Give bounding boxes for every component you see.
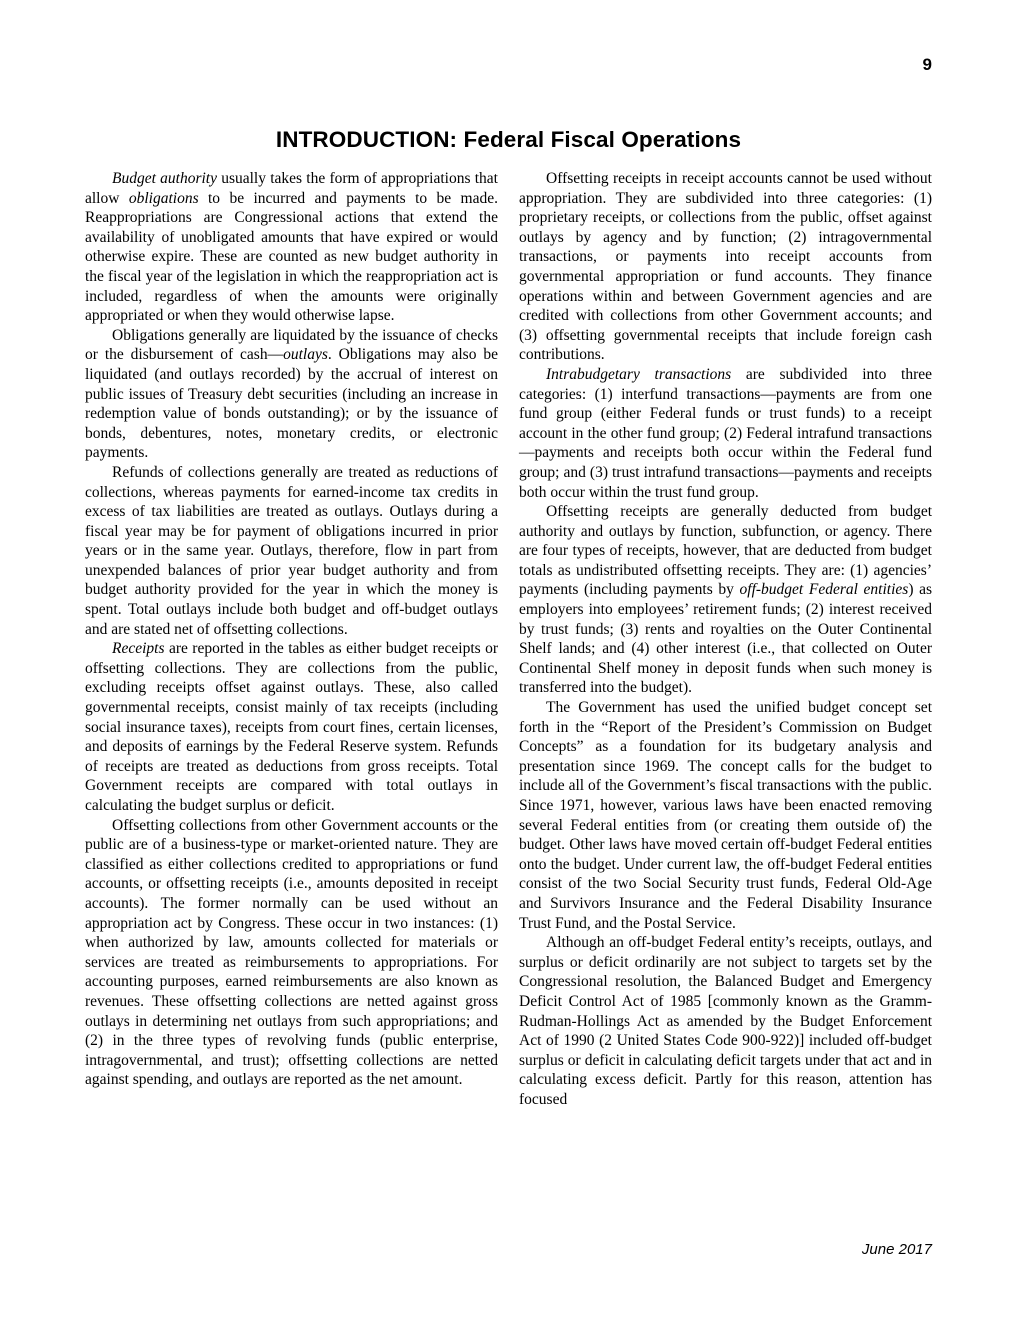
right-column: Offsetting receipts in receipt accounts … — [519, 169, 932, 1110]
body-text: are reported in the tables as either bud… — [85, 640, 498, 814]
italic-text: Intrabudgetary transactions — [546, 366, 731, 383]
document-page: 9 INTRODUCTION: Federal Fiscal Operation… — [0, 0, 1020, 1320]
paragraph: Intrabudgetary transactions are subdivid… — [519, 365, 932, 502]
paragraph: The Government has used the unified budg… — [519, 698, 932, 933]
body-text: are subdivided into three categories: (1… — [519, 366, 932, 501]
italic-text: Receipts — [112, 640, 165, 657]
paragraph: Receipts are reported in the tables as e… — [85, 639, 498, 815]
page-number: 9 — [923, 55, 932, 75]
body-text: ) as employers into employees’ retiremen… — [519, 581, 932, 696]
body-text: The Government has used the unified budg… — [519, 699, 932, 932]
italic-text: off-budget Federal entities — [740, 581, 909, 598]
body-text: Offsetting collections from other Govern… — [85, 817, 498, 1089]
paragraph: Obligations generally are liquidated by … — [85, 326, 498, 463]
paragraph: Budget authority usually takes the form … — [85, 169, 498, 326]
body-text: Refunds of collections generally are tre… — [85, 464, 498, 638]
body-text: Offsetting receipts in receipt accounts … — [519, 170, 932, 363]
italic-text: obligations — [129, 190, 199, 207]
paragraph: Although an off-budget Federal entity’s … — [519, 933, 932, 1109]
italic-text: outlays — [283, 346, 328, 363]
paragraph: Offsetting collections from other Govern… — [85, 816, 498, 1090]
body-text: to be incurred and payments to be made. … — [85, 190, 498, 325]
italic-text: Budget authority — [112, 170, 217, 187]
body-text: Although an off-budget Federal entity’s … — [519, 934, 932, 1108]
left-column: Budget authority usually takes the form … — [85, 169, 498, 1110]
footer-date: June 2017 — [862, 1241, 932, 1258]
text-columns: Budget authority usually takes the form … — [85, 169, 932, 1110]
paragraph: Offsetting receipts are generally deduct… — [519, 502, 932, 698]
body-text: . Obligations may also be liquidated (an… — [85, 346, 498, 461]
paragraph: Offsetting receipts in receipt accounts … — [519, 169, 932, 365]
paragraph: Refunds of collections generally are tre… — [85, 463, 498, 639]
page-title: INTRODUCTION: Federal Fiscal Operations — [85, 127, 932, 153]
